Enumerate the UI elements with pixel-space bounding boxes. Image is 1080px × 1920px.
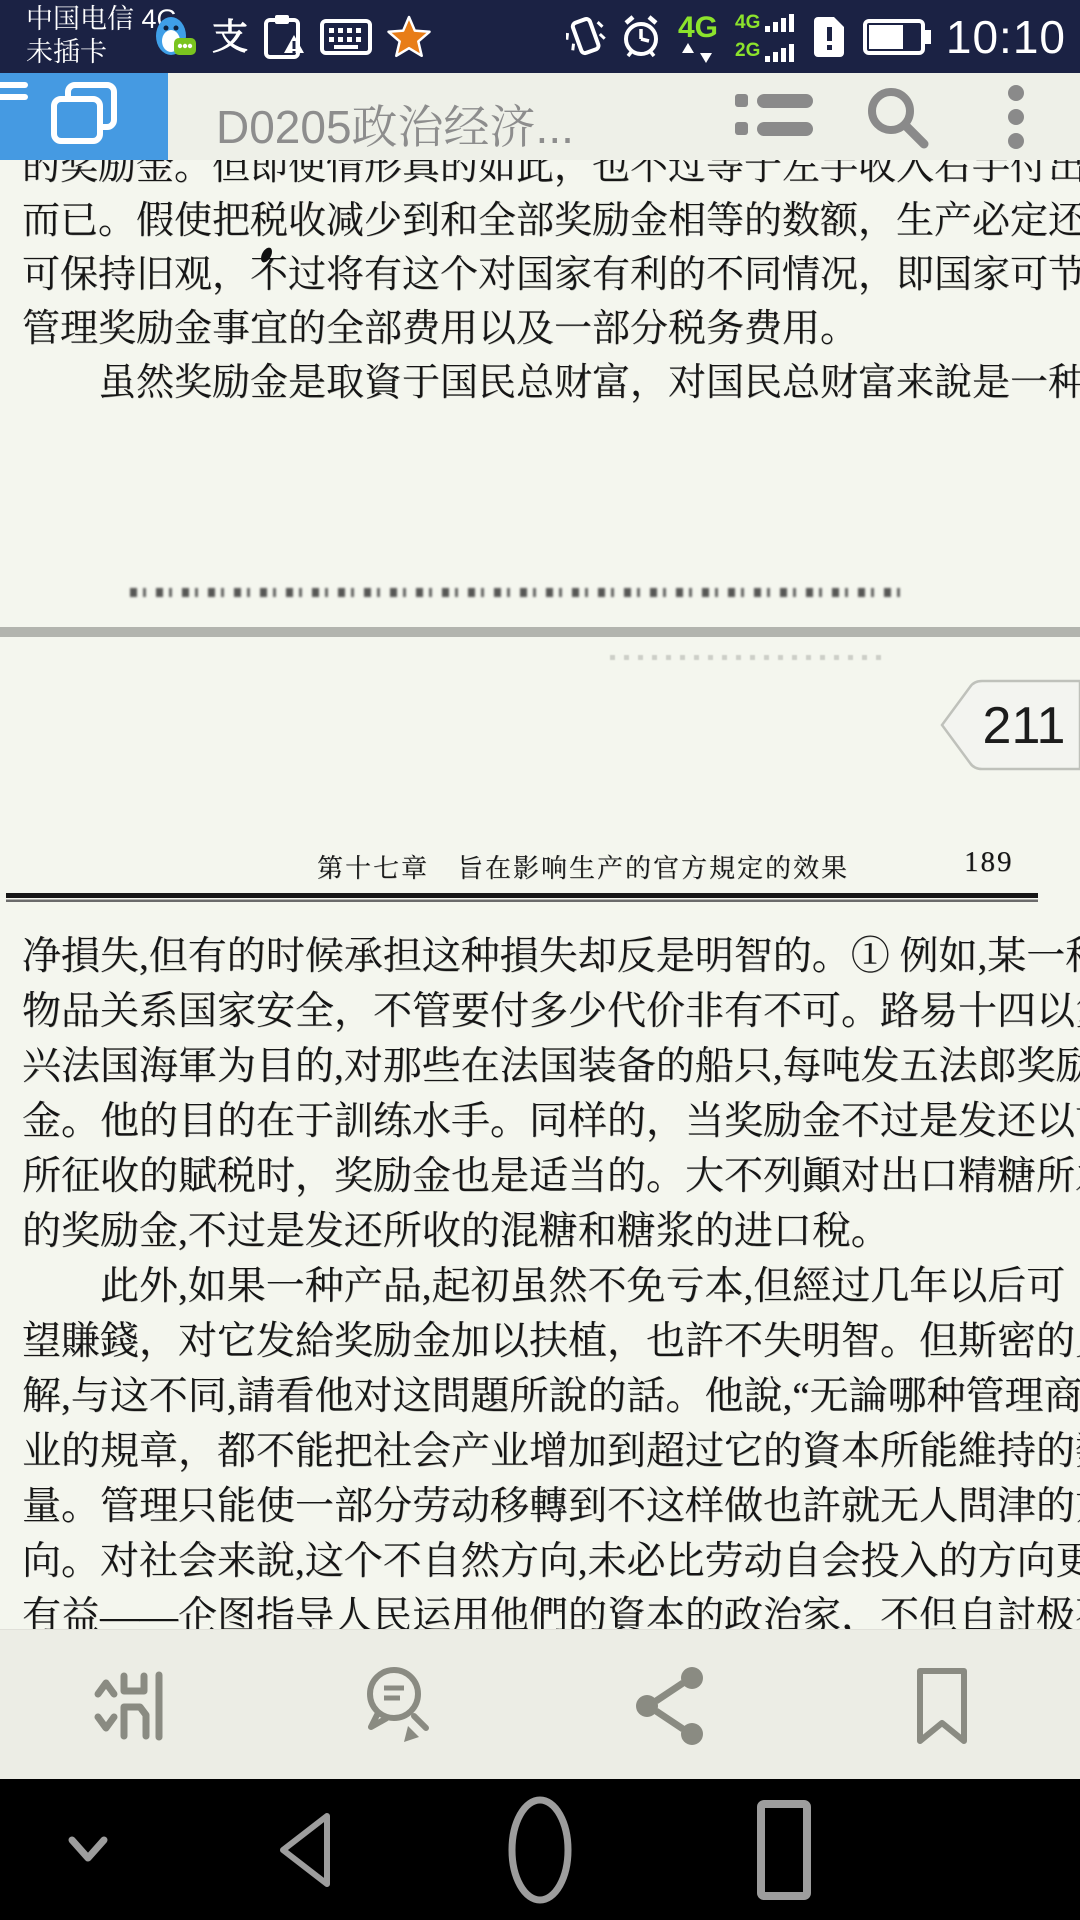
scan-line: 业的規章，都不能把社会产业增加到超过它的資本所能維持的数	[22, 1424, 1062, 1479]
scan-line: 金。他的目的在于訓练水手。同样的，当奖励金不过是发还以前	[22, 1094, 1062, 1149]
crop-margins-button[interactable]	[78, 1654, 182, 1758]
page-number-bubble[interactable]: 211	[938, 678, 1080, 772]
scan-line: 兴法国海軍为目的,对那些在法国装备的船只,每吨发五法郎奖励	[22, 1039, 1062, 1094]
share-icon	[633, 1665, 707, 1747]
clipboard-warning-icon	[262, 13, 306, 61]
page-body-text: 净損失,但有的时候承担这种損失却反是明智的。① 例如,某一种 物品关系国家安全，…	[22, 929, 1062, 1644]
search-icon	[864, 84, 930, 150]
clock-text: 10:10	[946, 10, 1066, 64]
qq-icon	[152, 14, 198, 60]
app-bar: D0205政治经济...	[0, 73, 1080, 160]
home-button[interactable]	[498, 1779, 582, 1920]
scan-line: 而已。假使把税收减少到和全部奖励金相等的数额，生产必定还	[22, 194, 1062, 248]
chapter-title: 第十七章 旨在影响生产的官方規定的效果	[317, 848, 797, 885]
scan-line: 的奖励金,不过是发还所收的混糖和糖浆的进口稅。	[22, 1204, 1062, 1259]
scan-edge-noise	[610, 655, 890, 660]
overflow-menu-button[interactable]	[1006, 73, 1026, 160]
alarm-icon	[619, 14, 663, 60]
recents-button[interactable]	[742, 1779, 826, 1920]
share-button[interactable]	[618, 1654, 722, 1758]
scan-line: 净損失,但有的时候承担这种損失却反是明智的。① 例如,某一种	[22, 929, 1062, 984]
status-bar: 中国电信 4G 未插卡 支	[0, 0, 1080, 73]
scan-line: 管理奖励金事宜的全部费用以及一部分税务费用。	[22, 302, 1062, 356]
back-button[interactable]	[262, 1779, 346, 1920]
toc-button[interactable]	[735, 73, 813, 160]
scan-line: 所征收的賦税时，奖励金也是适当的。大不列顚对出口精糖所发	[22, 1149, 1062, 1204]
page-top-text: 的奖励金。但即使情形真的如此，也不过等于左手收入右手付出 而已。假使把税收减少到…	[22, 140, 1062, 410]
scan-line: 物品关系国家安全，不管要付多少代价非有不可。路易十四以复	[22, 984, 1062, 1039]
chapter-rule	[6, 893, 1038, 902]
scan-line: 量。管理只能使一部分劳动移轉到不这样做也許就无人問津的方	[22, 1479, 1062, 1534]
annotation-icon	[358, 1664, 442, 1748]
star-icon	[386, 14, 432, 60]
battery-icon	[863, 17, 933, 57]
annotation-button[interactable]	[348, 1654, 452, 1758]
crop-margins-icon	[91, 1667, 169, 1745]
toc-list-icon	[735, 88, 813, 146]
svg-text:4G: 4G	[735, 12, 760, 33]
search-button[interactable]	[864, 73, 930, 160]
nav-bar	[0, 1779, 1080, 1920]
notification-icons: 支	[152, 0, 432, 73]
reader-view[interactable]: 的奖励金。但即使情形真的如此，也不过等于左手收入右手付出 而已。假使把税收减少到…	[0, 0, 1080, 1629]
scan-edge-smudge	[130, 588, 910, 597]
bookmark-button[interactable]	[890, 1654, 994, 1758]
bookmark-icon	[911, 1666, 973, 1746]
page-separator	[0, 627, 1080, 637]
hamburger-icon	[0, 94, 28, 100]
scan-line: 解,与这不同,請看他对这問題所說的話。他說,“无論哪种管理商	[22, 1369, 1062, 1424]
chapter-page-number: 189	[964, 846, 1014, 879]
recents-icon	[755, 1798, 813, 1902]
scan-line: 望賺錢，对它发給奖励金加以扶植，也許不失明智。但斯密的見	[22, 1314, 1062, 1369]
hamburger-icon	[0, 82, 28, 88]
vibrate-icon	[566, 13, 606, 61]
overflow-menu-icon	[1006, 84, 1026, 150]
svg-text:2G: 2G	[735, 40, 760, 61]
scan-line: 此外,如果一种产品,起初虽然不免亏本,但經过几年以后可	[22, 1259, 1062, 1314]
phone-screen: 的奖励金。但即使情形真的如此，也不过等于左手收入右手付出 而已。假使把税收减少到…	[0, 0, 1080, 1920]
reader-home-button[interactable]	[0, 73, 168, 160]
back-icon	[273, 1808, 335, 1892]
mobile-data-4g-icon: 4G	[676, 9, 722, 65]
document-title: D0205政治经济...	[216, 91, 574, 157]
scan-line: 可保持旧观，不过将有这个对国家有利的不同情况，即国家可节省	[22, 248, 1062, 302]
scan-line: 虽然奖励金是取資于国民总财富，对国民总财富来說是一种	[22, 356, 1062, 410]
sim-warning-icon	[810, 13, 850, 61]
system-icons: 4G 4G 2G	[566, 0, 1066, 73]
keyboard-icon	[320, 19, 372, 55]
chevron-down-icon	[64, 1833, 112, 1867]
pages-icon	[48, 82, 120, 144]
alipay-icon: 支	[212, 19, 248, 55]
hide-bar-button[interactable]	[46, 1779, 130, 1920]
home-icon	[506, 1794, 574, 1906]
svg-text:4G: 4G	[678, 11, 718, 44]
dual-sim-signal-icon: 4G 2G	[735, 10, 797, 64]
scan-line: 向。对社会来說,这个不自然方向,未必比劳动自会投入的方向更	[22, 1534, 1062, 1589]
page-number-text: 211	[983, 697, 1066, 755]
bottom-toolbar	[0, 1629, 1080, 1780]
